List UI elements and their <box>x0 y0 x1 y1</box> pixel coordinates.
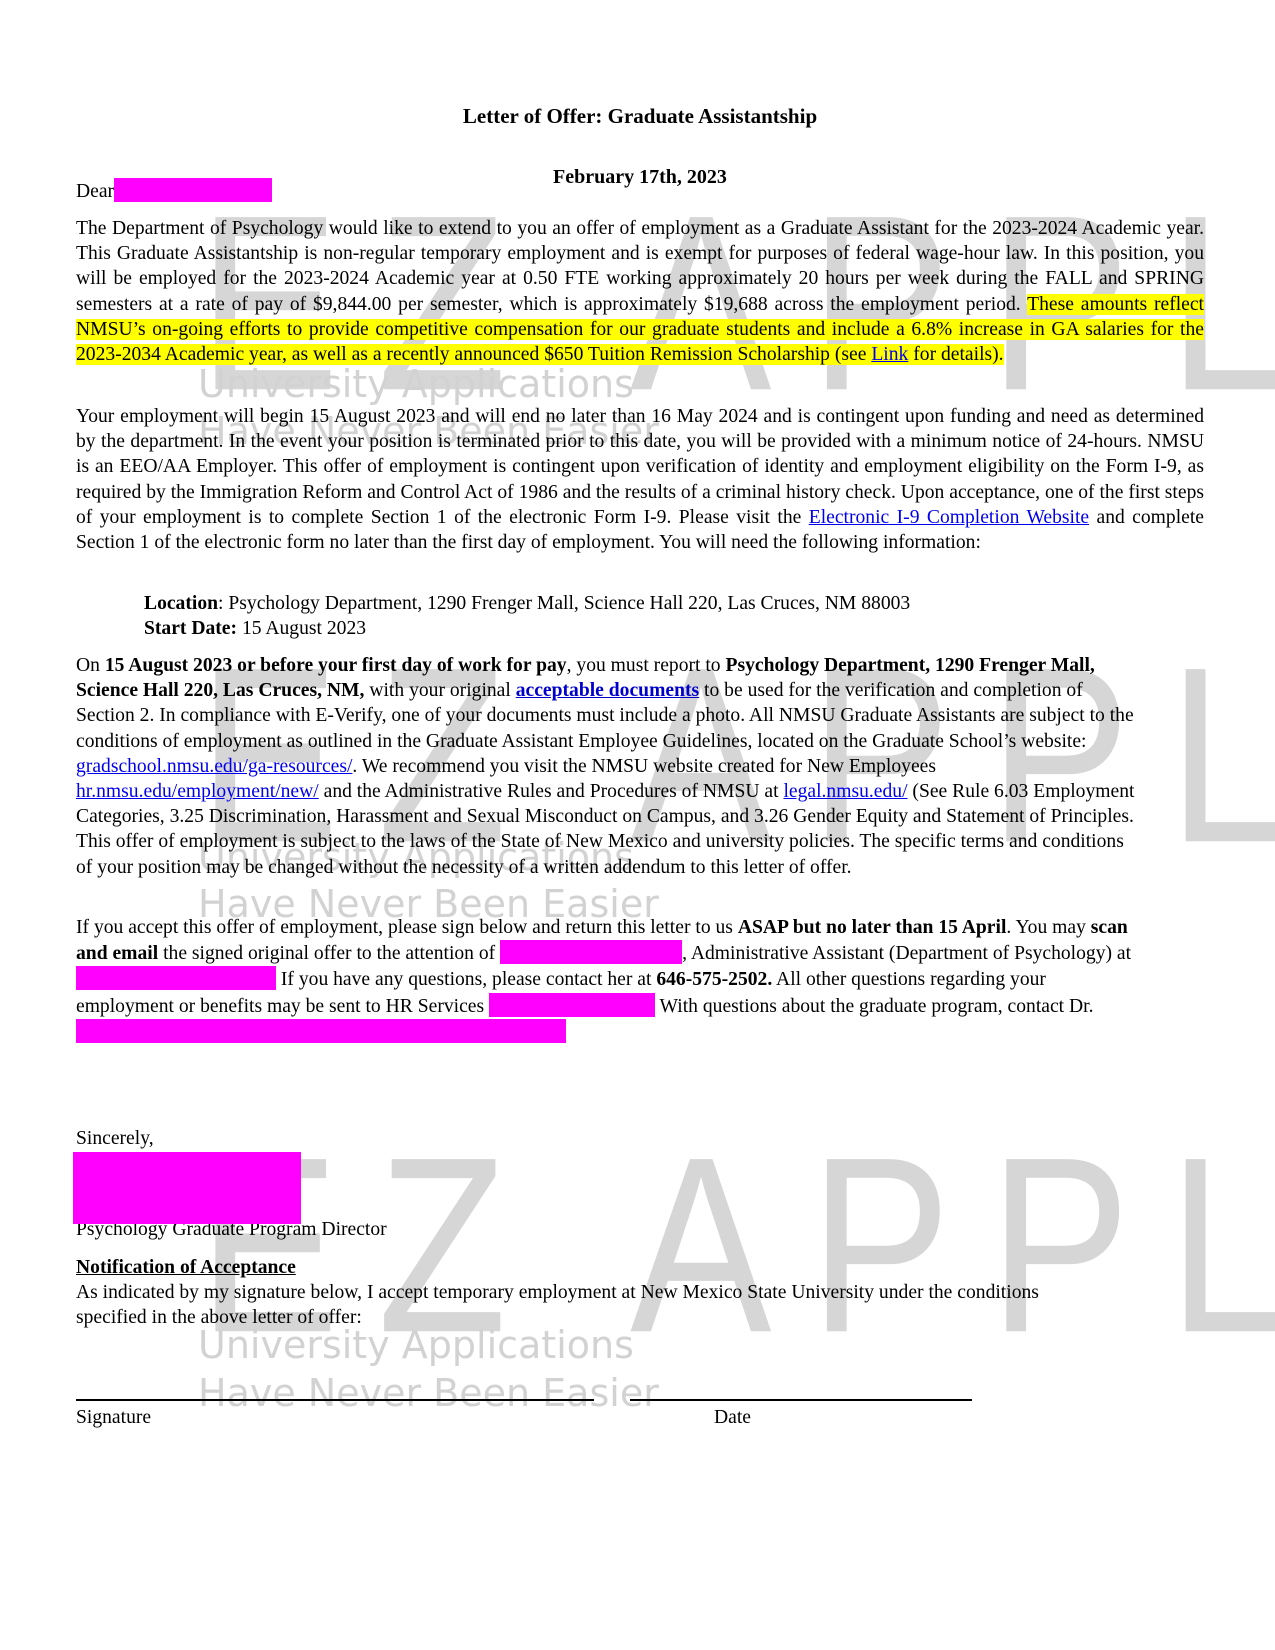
acceptance-statement: As indicated by my signature below, I ac… <box>76 1280 1076 1330</box>
closing-sincerely: Sincerely, <box>76 1126 1204 1151</box>
i9-completion-website-link[interactable]: Electronic I-9 Completion Website <box>809 507 1089 528</box>
date-label: Date <box>714 1405 914 1430</box>
document-page: EZ APPLY University Applications Have Ne… <box>0 0 1275 1650</box>
location-label: Location <box>144 593 218 614</box>
contact-phone: 646-575-2502. <box>656 969 772 990</box>
watermark-tagline-top-1: University Applications <box>198 365 634 403</box>
highlight-text-end: for details). <box>908 344 1003 365</box>
reporting-text: and the Administrative Rules and Procedu… <box>319 781 784 802</box>
info-block: Location: Psychology Department, 1290 Fr… <box>144 591 1204 641</box>
instructions-text: the signed original offer to the attenti… <box>158 943 500 964</box>
redacted-signer-signature <box>73 1152 301 1224</box>
acceptance-heading-row: Notification of Acceptance <box>76 1255 1204 1280</box>
instructions-text: , Administrative Assistant (Department o… <box>682 943 1131 964</box>
page-title: Letter of Offer: Graduate Assistantship <box>76 104 1204 129</box>
reporting-text: On <box>76 655 105 676</box>
start-date-value: 15 August 2023 <box>237 618 366 639</box>
gradschool-resources-link[interactable]: gradschool.nmsu.edu/ga-resources/ <box>76 756 352 777</box>
date-line[interactable] <box>630 1399 972 1401</box>
return-deadline: ASAP but no later than 15 April <box>738 917 1007 938</box>
hr-new-employment-link[interactable]: hr.nmsu.edu/employment/new/ <box>76 781 319 802</box>
redacted-program-contact <box>76 1019 566 1043</box>
reporting-text: , you must report to <box>567 655 726 676</box>
reporting-text: with your original <box>364 680 515 701</box>
acceptable-documents-link[interactable]: acceptable documents <box>516 680 699 701</box>
instructions-text: With questions about the graduate progra… <box>655 996 1094 1017</box>
paragraph-reporting: On 15 August 2023 or before your first d… <box>76 653 1136 880</box>
paragraph-offer: The Department of Psychology would like … <box>76 216 1204 367</box>
reporting-deadline: 15 August 2023 or before your first day … <box>105 655 567 676</box>
tuition-scholarship-link[interactable]: Link <box>871 344 908 365</box>
paragraph-employment-terms: Your employment will begin 15 August 202… <box>76 404 1204 555</box>
reporting-text: . We recommend you visit the NMSU websit… <box>352 756 936 777</box>
redacted-assistant-email <box>76 966 276 990</box>
start-date-label: Start Date: <box>144 618 237 639</box>
paragraph-acceptance-instructions: If you accept this offer of employment, … <box>76 915 1136 1045</box>
redacted-recipient-name <box>114 178 272 202</box>
watermark-tagline-bottom-1: University Applications <box>198 1326 634 1364</box>
redacted-assistant-name <box>500 940 682 964</box>
location-value: : Psychology Department, 1290 Frenger Ma… <box>218 593 910 614</box>
start-date-row: Start Date: 15 August 2023 <box>144 616 1204 641</box>
signature-label: Signature <box>76 1405 276 1430</box>
acceptance-heading: Notification of Acceptance <box>76 1257 296 1278</box>
location-row: Location: Psychology Department, 1290 Fr… <box>144 591 1204 616</box>
instructions-text: . You may <box>1006 917 1090 938</box>
legal-nmsu-link[interactable]: legal.nmsu.edu/ <box>783 781 907 802</box>
redacted-hr-contact <box>489 993 655 1017</box>
instructions-text: If you have any questions, please contac… <box>276 969 656 990</box>
greeting-text: Dear <box>76 181 114 202</box>
instructions-text: If you accept this offer of employment, … <box>76 917 738 938</box>
signature-line[interactable] <box>76 1399 594 1401</box>
greeting: Dear <box>76 178 1204 204</box>
